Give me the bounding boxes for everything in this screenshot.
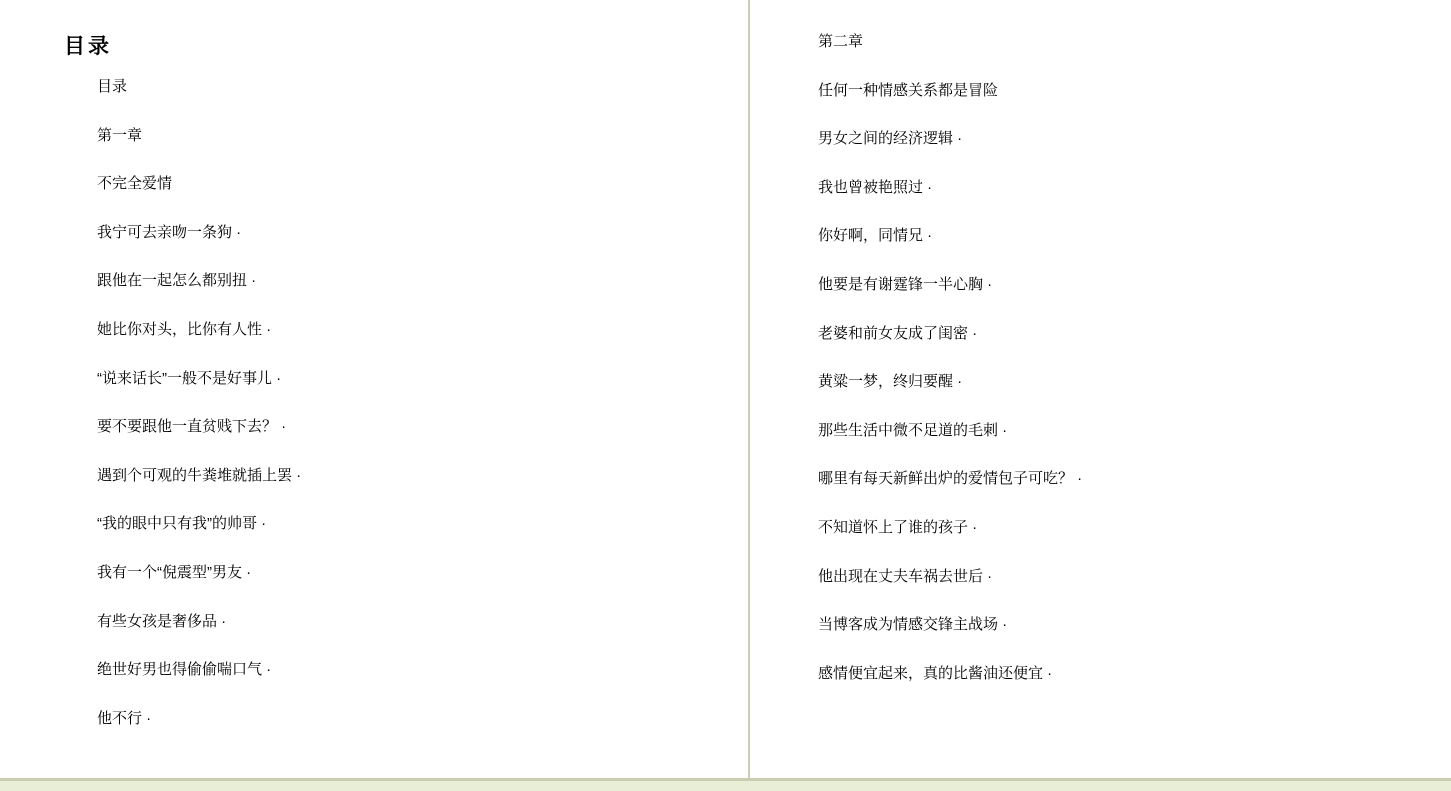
footer-progress-fill xyxy=(0,781,1451,791)
toc-list-left: 目录第一章不完全爱情我宁可去亲吻一条狗 ·跟他在一起怎么都别扭 ·她比你对头，比… xyxy=(97,63,301,743)
toc-entry[interactable]: 当博客成为情感交锋主战场 · xyxy=(818,601,1082,650)
toc-entry[interactable]: “我的眼中只有我”的帅哥 · xyxy=(97,500,301,549)
toc-entry[interactable]: 第二章 xyxy=(818,18,1082,67)
toc-list-right: 第二章任何一种情感关系都是冒险男女之间的经济逻辑 ·我也曾被艳照过 ·你好啊，同… xyxy=(818,18,1082,698)
toc-entry[interactable]: 跟他在一起怎么都别扭 · xyxy=(97,257,301,306)
toc-entry[interactable]: 他不行 · xyxy=(97,695,301,744)
toc-entry[interactable]: 他出现在丈夫车祸去世后 · xyxy=(818,553,1082,602)
toc-entry[interactable]: 我也曾被艳照过 · xyxy=(818,164,1082,213)
footer-progress-bar xyxy=(0,778,1451,791)
toc-entry[interactable]: 不知道怀上了谁的孩子 · xyxy=(818,504,1082,553)
toc-entry[interactable]: 要不要跟他一直贫贱下去？ · xyxy=(97,403,301,452)
toc-entry[interactable]: 哪里有每天新鲜出炉的爱情包子可吃？ · xyxy=(818,455,1082,504)
page-divider xyxy=(748,0,750,778)
toc-entry[interactable]: 任何一种情感关系都是冒险 xyxy=(818,67,1082,116)
toc-entry[interactable]: 感情便宜起来，真的比酱油还便宜 · xyxy=(818,650,1082,699)
toc-entry[interactable]: 你好啊，同情兄 · xyxy=(818,212,1082,261)
toc-entry[interactable]: 不完全爱情 xyxy=(97,160,301,209)
toc-entry[interactable]: 那些生活中微不足道的毛刺 · xyxy=(818,407,1082,456)
toc-entry[interactable]: 遇到个可观的牛粪堆就插上罢 · xyxy=(97,452,301,501)
page-title: 目录 xyxy=(64,30,112,60)
toc-entry[interactable]: 她比你对头，比你有人性 · xyxy=(97,306,301,355)
toc-entry[interactable]: 第一章 xyxy=(97,112,301,161)
toc-entry[interactable]: 男女之间的经济逻辑 · xyxy=(818,115,1082,164)
toc-entry[interactable]: 我宁可去亲吻一条狗 · xyxy=(97,209,301,258)
toc-entry[interactable]: 有些女孩是奢侈品 · xyxy=(97,598,301,647)
toc-entry[interactable]: 目录 xyxy=(97,63,301,112)
toc-entry[interactable]: 黄粱一梦，终归要醒 · xyxy=(818,358,1082,407)
toc-entry[interactable]: 他要是有谢霆锋一半心胸 · xyxy=(818,261,1082,310)
toc-entry[interactable]: “说来话长”一般不是好事儿 · xyxy=(97,355,301,404)
toc-entry[interactable]: 老婆和前女友成了闺密 · xyxy=(818,310,1082,359)
toc-entry[interactable]: 我有一个“倪震型”男友 · xyxy=(97,549,301,598)
toc-entry[interactable]: 绝世好男也得偷偷喘口气 · xyxy=(97,646,301,695)
